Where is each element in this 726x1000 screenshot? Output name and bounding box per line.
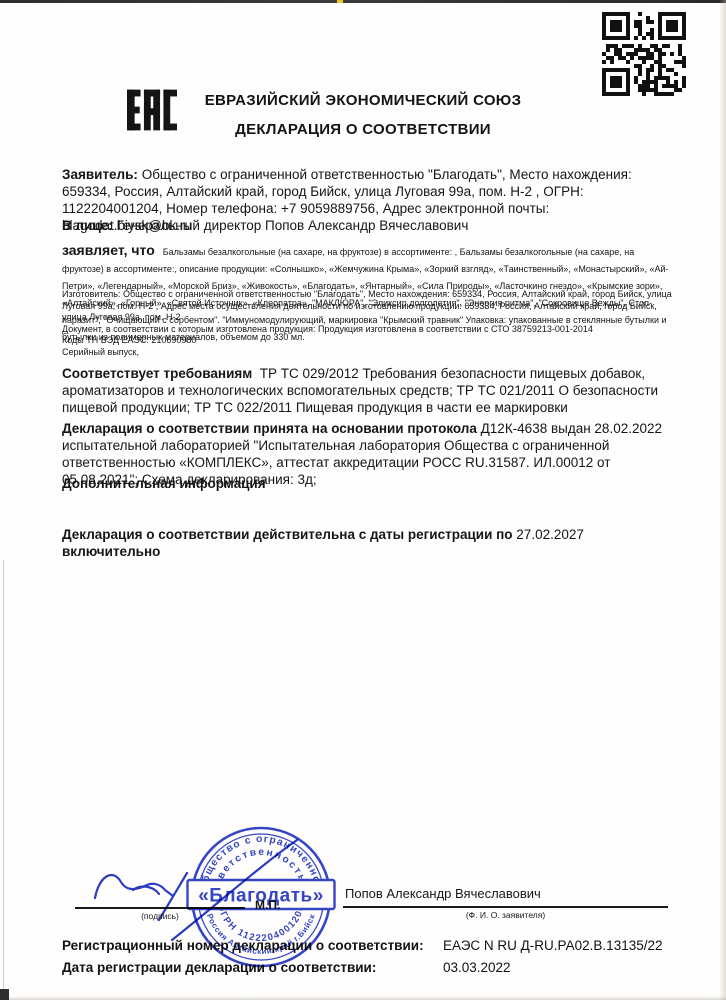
document-header: ЕВРАЗИЙСКИЙ ЭКОНОМИЧЕСКИЙ СОЮЗ ДЕКЛАРАЦИ…	[40, 92, 686, 138]
registration-date-value: 03.03.2022	[443, 960, 511, 976]
tnved-codes-line: Коды ТН ВЭД ЕАЭС: 210690980	[62, 335, 678, 347]
validity-paragraph: Декларация о соответствии действительна …	[62, 526, 662, 560]
handwritten-signature	[75, 828, 320, 953]
validity-label: Декларация о соответствии действительна …	[62, 527, 513, 542]
registration-date-row: Дата регистрации декларации о соответств…	[62, 960, 712, 976]
declares-label: заявляет, что	[62, 242, 155, 258]
validity-suffix: включительно	[62, 544, 160, 559]
qr-code	[598, 12, 690, 96]
declaration-document: ЕВРАЗИЙСКИЙ ЭКОНОМИЧЕСКИЙ СОЮЗ ДЕКЛАРАЦИ…	[0, 0, 726, 1000]
validity-date: 27.02.2027	[516, 527, 584, 542]
scan-edge-right	[719, 0, 726, 1000]
person-text: Генеральный директор Попов Александр Вяч…	[116, 218, 468, 233]
manufacturer-line: Изготовитель: Общество с ограниченной от…	[62, 289, 678, 324]
serial-line: Серийный выпуск,	[62, 347, 678, 359]
manufacturer-doc-line: Документ, в соответствии с которым изгот…	[62, 324, 678, 336]
person-paragraph: В лице: Генеральный директор Попов Алекс…	[62, 217, 678, 234]
fio-line	[343, 906, 668, 908]
registration-number-value: ЕАЭС N RU Д-RU.РА02.В.13135/22	[443, 938, 663, 954]
manufacturer-block: Изготовитель: Общество с ограниченной от…	[62, 289, 678, 359]
person-label: В лице:	[62, 218, 113, 233]
scan-edge-bottom	[0, 996, 726, 1000]
scan-edge-left	[3, 560, 4, 1000]
union-title: ЕВРАЗИЙСКИЙ ЭКОНОМИЧЕСКИЙ СОЮЗ	[40, 92, 686, 109]
scan-corner-mark	[0, 989, 9, 1000]
page-title: ДЕКЛАРАЦИЯ О СООТВЕТСТВИИ	[40, 121, 686, 138]
basis-label: Декларация о соответствии принята на осн…	[62, 421, 477, 436]
applicant-fio: Попов Александр Вячеславович	[345, 886, 541, 901]
scan-edge-top	[0, 0, 726, 3]
conformity-paragraph: Соответствует требованиям ТР ТС 029/2012…	[62, 365, 678, 416]
applicant-label: Заявитель:	[62, 167, 138, 182]
conformity-label: Соответствует требованиям	[62, 366, 252, 381]
additional-info-label: Дополнительная информация	[62, 475, 678, 492]
fio-caption: (Ф. И. О. заявителя)	[343, 910, 668, 920]
